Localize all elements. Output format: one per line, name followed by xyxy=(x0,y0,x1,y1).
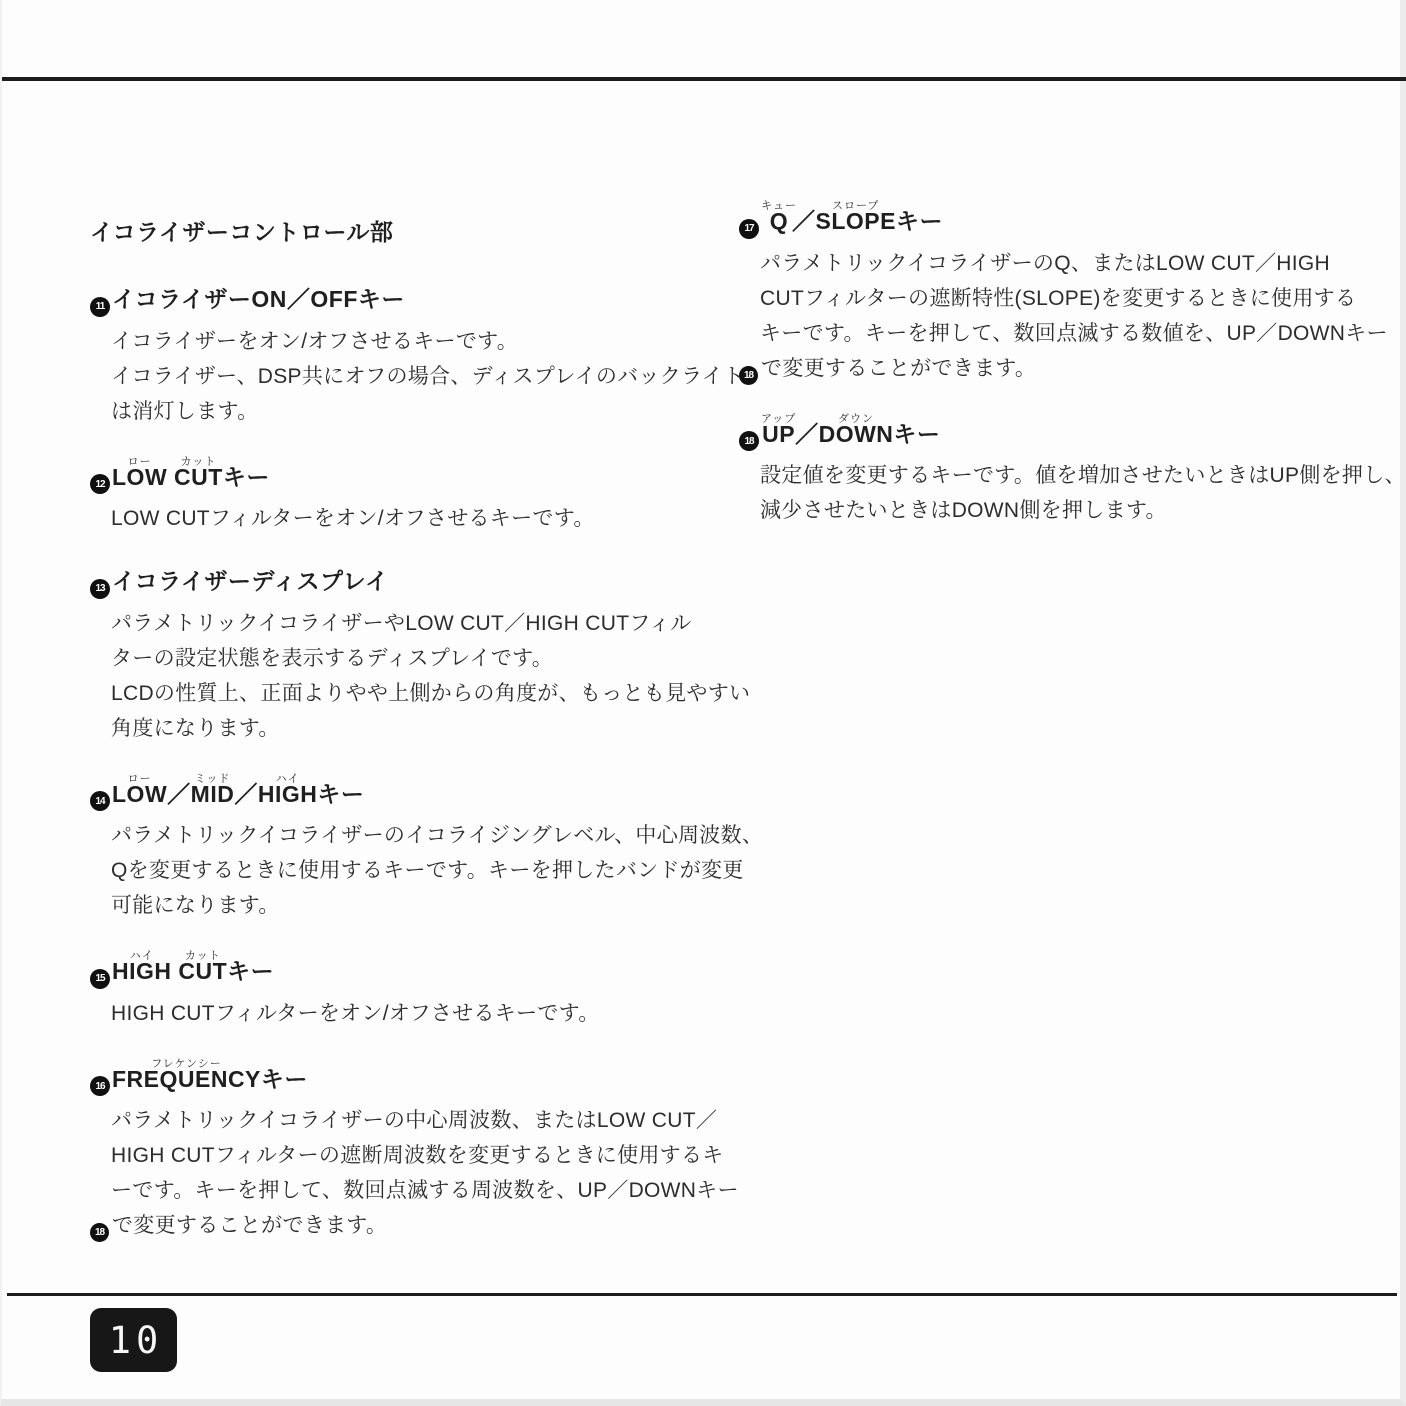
body-line: HIGH CUTフィルターをオン/オフさせるキーです。 xyxy=(111,996,725,1031)
body-line: 設定値を変更するキーです。値を増加させたいときはUP側を押し、 xyxy=(760,458,1369,493)
manual-section: 16FREQUENCYフレケンシーキーパラメトリックイコライザーの中心周波数、ま… xyxy=(90,1058,725,1244)
section-body: 設定値を変更するキーです。値を増加させたいときはUP側を押し、減少させたいときは… xyxy=(760,458,1369,528)
item-number-badge: 14 xyxy=(90,791,110,811)
body-line: パラメトリックイコライザーの中心周波数、またはLOW CUT／ xyxy=(111,1103,725,1138)
section-title: 11イコライザーON／OFFキー xyxy=(90,281,725,317)
section-title: 14LOWロー／MIDミッド／HIGHハイキー xyxy=(90,773,725,812)
body-line-text: で変更することができます。 xyxy=(761,357,1036,380)
furigana: キュー xyxy=(761,200,797,212)
title-word-with-furigana: CUTカット xyxy=(174,464,223,490)
title-word-with-furigana: LOWロー xyxy=(112,464,167,490)
body-line-text: HIGH CUTフィルターの遮断周波数を変更するときに使用するキ xyxy=(111,1144,724,1167)
furigana: ハイ xyxy=(112,950,172,962)
manual-section: 13イコライザーディスプレイパラメトリックイコライザーやLOW CUT／HIGH… xyxy=(90,563,725,746)
title-word-with-furigana: MIDミッド xyxy=(191,781,235,807)
body-line-text: LCDの性質上、正面よりやや上側からの角度が、もっとも見やすい xyxy=(111,682,750,705)
body-line-text: 可能になります。 xyxy=(111,894,280,917)
title-word-with-furigana: HIGHハイ xyxy=(258,781,318,807)
body-line-text: イコライザーをオン/オフさせるキーです。 xyxy=(111,330,518,353)
body-line: キーです。キーを押して、数回点滅する数値を、UP／DOWNキー xyxy=(760,316,1369,351)
body-line-text: キーです。キーを押して、数回点滅する数値を、UP／DOWNキー xyxy=(760,322,1388,345)
furigana: ミッド xyxy=(191,773,235,785)
body-line-text: CUTフィルターの遮断特性(SLOPE)を変更するときに使用する xyxy=(760,287,1356,310)
manual-section: 15HIGHハイ CUTカットキーHIGH CUTフィルターをオン/オフさせるキ… xyxy=(90,950,725,1031)
manual-section: 11イコライザーON／OFFキーイコライザーをオン/オフさせるキーです。イコライ… xyxy=(90,281,725,429)
title-text: イコライザーON／OFFキー xyxy=(112,286,405,312)
manual-section: 14LOWロー／MIDミッド／HIGHハイキーパラメトリックイコライザーのイコラ… xyxy=(90,773,725,924)
title-word-with-furigana: Qキュー xyxy=(761,208,792,234)
title-text: キー xyxy=(893,421,940,447)
section-title: 16FREQUENCYフレケンシーキー xyxy=(90,1058,725,1097)
body-line: イコライザーをオン/オフさせるキーです。 xyxy=(111,324,725,359)
item-number-badge: 17 xyxy=(739,219,759,239)
item-number-badge: 11 xyxy=(90,297,110,317)
title-word-with-furigana: HIGHハイ xyxy=(112,958,172,984)
body-line: 角度になります。 xyxy=(111,711,725,746)
title-word-with-furigana: UPアップ xyxy=(761,421,795,447)
top-rule xyxy=(2,77,1406,81)
title-text: キー xyxy=(227,958,274,984)
section-title: 17Qキュー／SLOPEスロープキー xyxy=(739,200,1369,239)
inline-item-reference-badge: 18 xyxy=(90,1223,109,1242)
item-number-badge: 16 xyxy=(90,1076,110,1096)
body-line-text: LOW CUTフィルターをオン/オフさせるキーです。 xyxy=(111,507,595,530)
section-body: パラメトリックイコライザーのQ、またはLOW CUT／HIGHCUTフィルターの… xyxy=(760,246,1369,386)
furigana: ロー xyxy=(112,456,167,468)
furigana: ダウン xyxy=(819,413,894,425)
page-number: 10 xyxy=(109,1319,164,1362)
item-number-badge: 18 xyxy=(739,431,759,451)
section-body: パラメトリックイコライザーやLOW CUT／HIGH CUTフィルターの設定状態… xyxy=(111,606,725,746)
body-line-text: HIGH CUTフィルターをオン/オフさせるキーです。 xyxy=(111,1002,600,1025)
furigana: ハイ xyxy=(258,773,318,785)
section-body: イコライザーをオン/オフさせるキーです。イコライザー、DSP共にオフの場合、ディ… xyxy=(111,324,725,429)
title-text: キー xyxy=(223,464,270,490)
body-line: LCDの性質上、正面よりやや上側からの角度が、もっとも見やすい xyxy=(111,676,725,711)
manual-page: イコライザーコントロール部 11イコライザーON／OFFキーイコライザーをオン/… xyxy=(0,0,1406,1406)
body-line-text: パラメトリックイコライザーのQ、またはLOW CUT／HIGH xyxy=(760,252,1330,275)
body-line: 18で変更することができます。 xyxy=(739,351,1369,386)
body-line: HIGH CUTフィルターの遮断周波数を変更するときに使用するキ xyxy=(111,1138,725,1173)
body-line: 18で変更することができます。 xyxy=(90,1208,725,1243)
section-title: 15HIGHハイ CUTカットキー xyxy=(90,950,725,989)
right-column: 17Qキュー／SLOPEスロープキーパラメトリックイコライザーのQ、またはLOW… xyxy=(739,200,1369,555)
body-line: パラメトリックイコライザーやLOW CUT／HIGH CUTフィル xyxy=(111,606,725,641)
body-line: イコライザー、DSP共にオフの場合、ディスプレイのバックライト xyxy=(111,359,725,394)
title-text: ／ xyxy=(167,781,191,807)
page-number-badge: 10 xyxy=(90,1308,177,1372)
title-text: キー xyxy=(317,781,364,807)
body-line-text: パラメトリックイコライザーのイコライジングレベル、中心周波数、 xyxy=(111,824,763,847)
title-text xyxy=(167,464,174,490)
manual-section: 12LOWロー CUTカットキーLOW CUTフィルターをオン/オフさせるキーで… xyxy=(90,456,725,537)
inline-item-reference-badge: 18 xyxy=(739,366,758,385)
body-line: ーです。キーを押して、数回点滅する周波数を、UP／DOWNキー xyxy=(111,1173,725,1208)
body-line-text: 設定値を変更するキーです。値を増加させたいときはUP側を押し、 xyxy=(760,464,1406,487)
title-word-with-furigana: FREQUENCYフレケンシー xyxy=(112,1066,261,1092)
body-line-text: は消灯します。 xyxy=(111,400,258,423)
furigana: カット xyxy=(174,456,223,468)
title-text: キー xyxy=(261,1066,308,1092)
body-line: CUTフィルターの遮断特性(SLOPE)を変更するときに使用する xyxy=(760,281,1369,316)
body-line-text: 減少させたいときはDOWN側を押します。 xyxy=(760,499,1167,522)
title-text: キー xyxy=(896,208,943,234)
section-body: HIGH CUTフィルターをオン/オフさせるキーです。 xyxy=(111,996,725,1031)
body-line: ターの設定状態を表示するディスプレイです。 xyxy=(111,641,725,676)
furigana: フレケンシー xyxy=(112,1058,261,1070)
item-number-badge: 15 xyxy=(90,969,110,989)
item-number-badge: 13 xyxy=(90,579,110,599)
left-column: イコライザーコントロール部 11イコライザーON／OFFキーイコライザーをオン/… xyxy=(90,214,725,1270)
furigana: カット xyxy=(178,950,227,962)
body-line-text: パラメトリックイコライザーの中心周波数、またはLOW CUT／ xyxy=(111,1109,717,1132)
furigana: スロープ xyxy=(815,200,895,212)
body-line-text: ターの設定状態を表示するディスプレイです。 xyxy=(111,647,553,670)
bottom-rule xyxy=(7,1293,1397,1296)
section-title: 13イコライザーディスプレイ xyxy=(90,563,725,599)
body-line-text: ーです。キーを押して、数回点滅する周波数を、UP／DOWNキー xyxy=(111,1179,739,1202)
body-line: パラメトリックイコライザーのイコライジングレベル、中心周波数、 xyxy=(111,818,725,853)
title-word-with-furigana: LOWロー xyxy=(112,781,167,807)
body-line-text: Qを変更するときに使用するキーです。キーを押したバンドが変更 xyxy=(111,859,744,882)
body-line-text: で変更することができます。 xyxy=(112,1214,387,1237)
body-line: 可能になります。 xyxy=(111,888,725,923)
body-line: Qを変更するときに使用するキーです。キーを押したバンドが変更 xyxy=(111,853,725,888)
title-word-with-furigana: CUTカット xyxy=(178,958,227,984)
item-number-badge: 12 xyxy=(90,474,110,494)
furigana: ロー xyxy=(112,773,167,785)
body-line: 減少させたいときはDOWN側を押します。 xyxy=(760,493,1369,528)
section-title: 12LOWロー CUTカットキー xyxy=(90,456,725,495)
title-word-with-furigana: DOWNダウン xyxy=(819,421,894,447)
section-title: 18UPアップ／DOWNダウンキー xyxy=(739,413,1369,452)
body-line: は消灯します。 xyxy=(111,394,725,429)
title-word-with-furigana: SLOPEスロープ xyxy=(815,208,895,234)
section-body: パラメトリックイコライザーのイコライジングレベル、中心周波数、Qを変更するときに… xyxy=(111,818,725,923)
body-line: パラメトリックイコライザーのQ、またはLOW CUT／HIGH xyxy=(760,246,1369,281)
body-line-text: パラメトリックイコライザーやLOW CUT／HIGH CUTフィル xyxy=(111,612,692,635)
manual-section: 18UPアップ／DOWNダウンキー設定値を変更するキーです。値を増加させたいとき… xyxy=(739,413,1369,529)
manual-section: 17Qキュー／SLOPEスロープキーパラメトリックイコライザーのQ、またはLOW… xyxy=(739,200,1369,386)
title-text: ／ xyxy=(234,781,258,807)
body-line-text: 角度になります。 xyxy=(111,717,280,740)
body-line-text: イコライザー、DSP共にオフの場合、ディスプレイのバックライト xyxy=(111,365,744,388)
body-line: LOW CUTフィルターをオン/オフさせるキーです。 xyxy=(111,501,725,536)
title-text: イコライザーディスプレイ xyxy=(112,568,388,594)
section-heading: イコライザーコントロール部 xyxy=(90,214,725,247)
section-body: LOW CUTフィルターをオン/オフさせるキーです。 xyxy=(111,501,725,536)
furigana: アップ xyxy=(761,413,796,425)
title-text: ／ xyxy=(795,421,819,447)
section-body: パラメトリックイコライザーの中心周波数、またはLOW CUT／HIGH CUTフ… xyxy=(111,1103,725,1243)
